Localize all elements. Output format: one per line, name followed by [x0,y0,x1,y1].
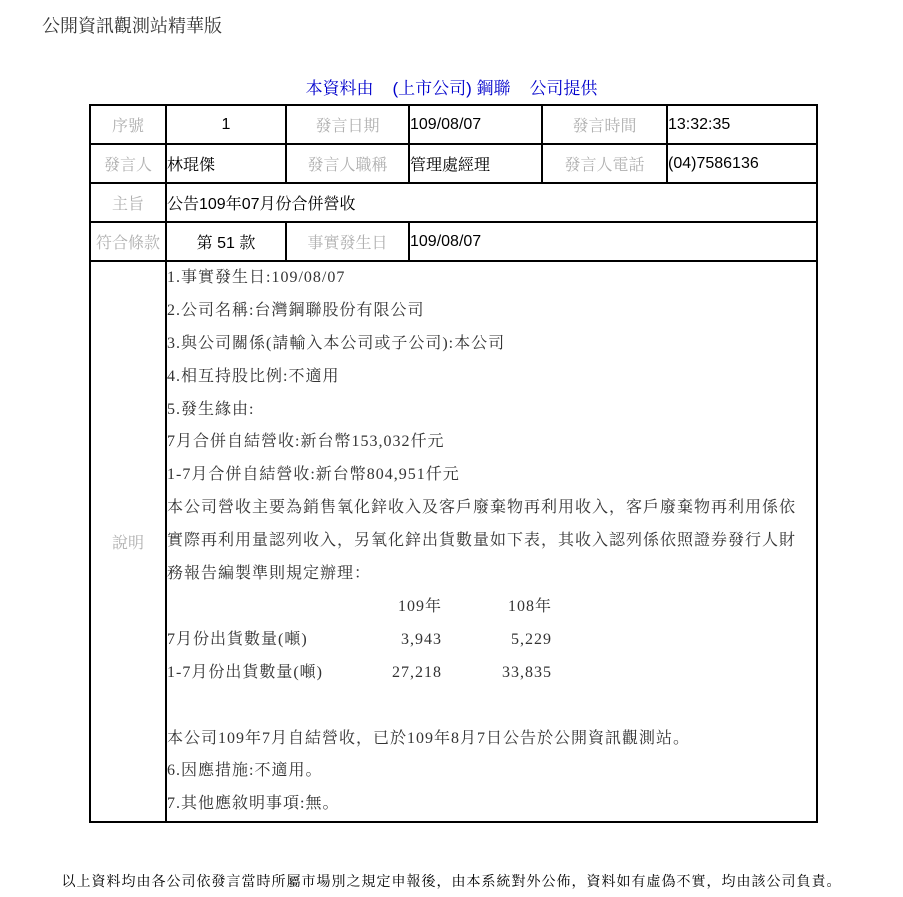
shipment-row-109: 27,218 [342,657,442,690]
shipment-header-109: 109年 [342,591,442,624]
row-speaker: 發言人 林琨傑 發言人職稱 管理處經理 發言人電話 (04)7586136 [90,144,817,183]
closing-line: 本公司109年7月自結營收，已於109年8月7日公告於公開資訊觀測站。 [167,723,816,756]
shipment-row: 1-7月份出貨數量(噸) 27,218 33,835 [167,657,816,690]
provider-company: 鋼聯 [477,74,511,99]
shipment-header-row: 109年 108年 [167,591,816,624]
row-seq: 序號 1 發言日期 109/08/07 發言時間 13:32:35 [90,105,817,144]
phone-value: (04)7586136 [667,144,817,183]
shipment-row-label: 1-7月份出貨數量(噸) [167,657,342,690]
shipment-header-blank [167,591,342,624]
desc-line: 1.事實發生日:109/08/07 [167,262,816,295]
description-label: 說明 [90,261,166,822]
shipment-row-108: 33,835 [442,657,552,690]
footer-disclaimer: 以上資料均由各公司依發言當時所屬市場別之規定申報後，由本系統對外公佈，資料如有虛… [0,871,903,891]
row-subject: 主旨 公告109年07月份合併營收 [90,183,817,222]
site-title: 公開資訊觀測站精華版 [42,12,222,38]
provider-suffix: 公司提供 [529,74,597,99]
speaker-value: 林琨傑 [166,144,286,183]
desc-line: 3.與公司關係(請輸入本公司或子公司):本公司 [167,328,816,361]
row-description: 說明 1.事實發生日:109/08/07 2.公司名稱:台灣鋼聯股份有限公司 3… [90,261,817,822]
clause-label: 符合條款 [90,222,166,261]
event-date-value: 109/08/07 [409,222,817,261]
speaker-label: 發言人 [90,144,166,183]
shipment-row-label: 7月份出貨數量(噸) [167,624,342,657]
provider-line: 本資料由 (上市公司) 鋼聯 公司提供 [0,74,903,99]
desc-line: 4.相互持股比例:不適用 [167,361,816,394]
seq-value: 1 [166,105,286,144]
closing-line: 7.其他應敘明事項:無。 [167,788,816,821]
description-body: 1.事實發生日:109/08/07 2.公司名稱:台灣鋼聯股份有限公司 3.與公… [166,261,817,822]
provider-market: (上市公司) [392,74,471,99]
desc-paragraph: 本公司營收主要為銷售氧化鋅收入及客戶廢棄物再利用收入，客戶廢棄物再利用係依實際再… [167,492,812,591]
desc-line: 2.公司名稱:台灣鋼聯股份有限公司 [167,295,816,328]
blank-line [167,690,816,723]
shipment-header-108: 108年 [442,591,552,624]
seq-label: 序號 [90,105,166,144]
closing-line: 6.因應措施:不適用。 [167,755,816,788]
date-label: 發言日期 [286,105,409,144]
speaker-title-value: 管理處經理 [409,144,542,183]
row-clause: 符合條款 第 51 款 事實發生日 109/08/07 [90,222,817,261]
provider-prefix: 本資料由 [306,74,374,99]
shipment-row: 7月份出貨數量(噸) 3,943 5,229 [167,624,816,657]
event-date-label: 事實發生日 [286,222,409,261]
date-value: 109/08/07 [409,105,542,144]
announcement-table: 序號 1 發言日期 109/08/07 發言時間 13:32:35 發言人 林琨… [89,104,818,823]
desc-line: 7月合併自結營收:新台幣153,032仟元 [167,426,816,459]
desc-line: 5.發生緣由: [167,394,816,427]
speaker-title-label: 發言人職稱 [286,144,409,183]
clause-value: 第 51 款 [166,222,286,261]
shipment-row-108: 5,229 [442,624,552,657]
desc-line: 1-7月合併自結營收:新台幣804,951仟元 [167,459,816,492]
phone-label: 發言人電話 [542,144,667,183]
subject-value: 公告109年07月份合併營收 [166,183,817,222]
time-value: 13:32:35 [667,105,817,144]
shipment-row-109: 3,943 [342,624,442,657]
subject-label: 主旨 [90,183,166,222]
time-label: 發言時間 [542,105,667,144]
